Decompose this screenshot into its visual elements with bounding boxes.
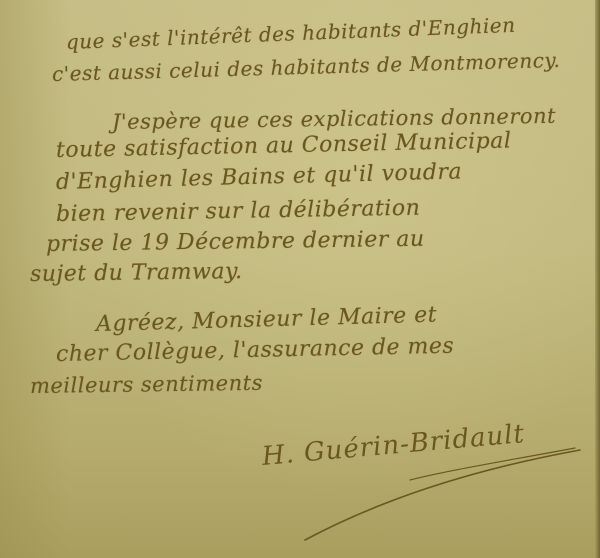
page-edge [595, 0, 600, 558]
letter-line-7: prise le 19 Décembre dernier au [46, 227, 425, 257]
paper-background: que s'est l'intérêt des habitants d'Engh… [0, 0, 600, 558]
letter-line-1: que s'est l'intérêt des habitants d'Engh… [66, 13, 516, 54]
closing-line-2: cher Collègue, l'assurance de mes [56, 334, 455, 367]
letter-line-6: bien revenir sur la délibération [56, 196, 421, 227]
closing-line-3: meilleurs sentiments [30, 371, 263, 398]
closing-line-1: Agréez, Monsieur le Maire et [96, 302, 438, 337]
letter-line-2: c'est aussi celui des habitants de Montm… [52, 48, 561, 86]
letter-line-8: sujet du Tramway. [30, 259, 243, 287]
letter-line-5: d'Enghien les Bains et qu'il voudra [56, 159, 463, 195]
signature: H. Guérin-Bridault [261, 419, 527, 472]
